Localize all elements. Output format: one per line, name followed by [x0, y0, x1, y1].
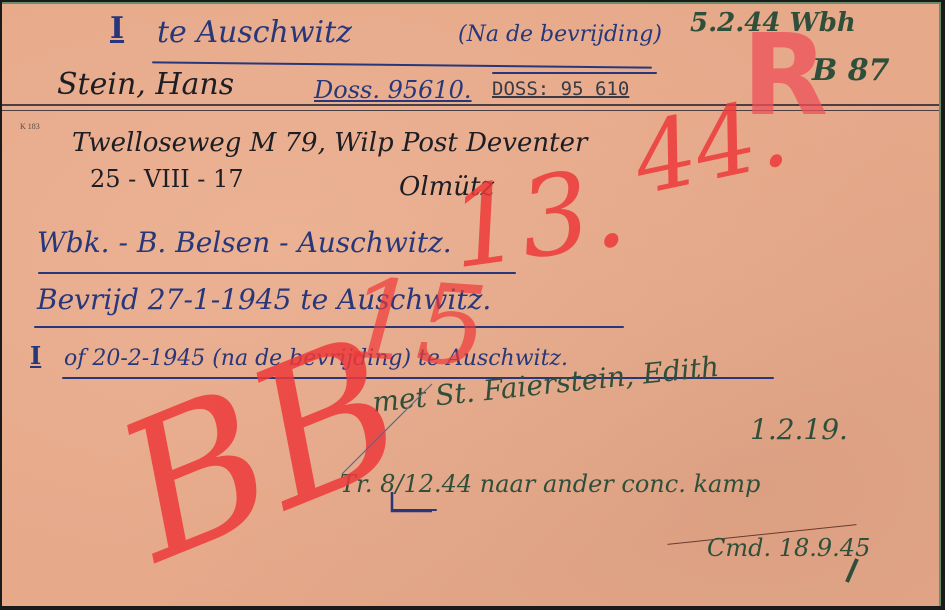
annotation-strokes: [2, 4, 941, 608]
index-card: I te Auschwitz (Na de bevrijding) 5.2.44…: [2, 2, 941, 606]
